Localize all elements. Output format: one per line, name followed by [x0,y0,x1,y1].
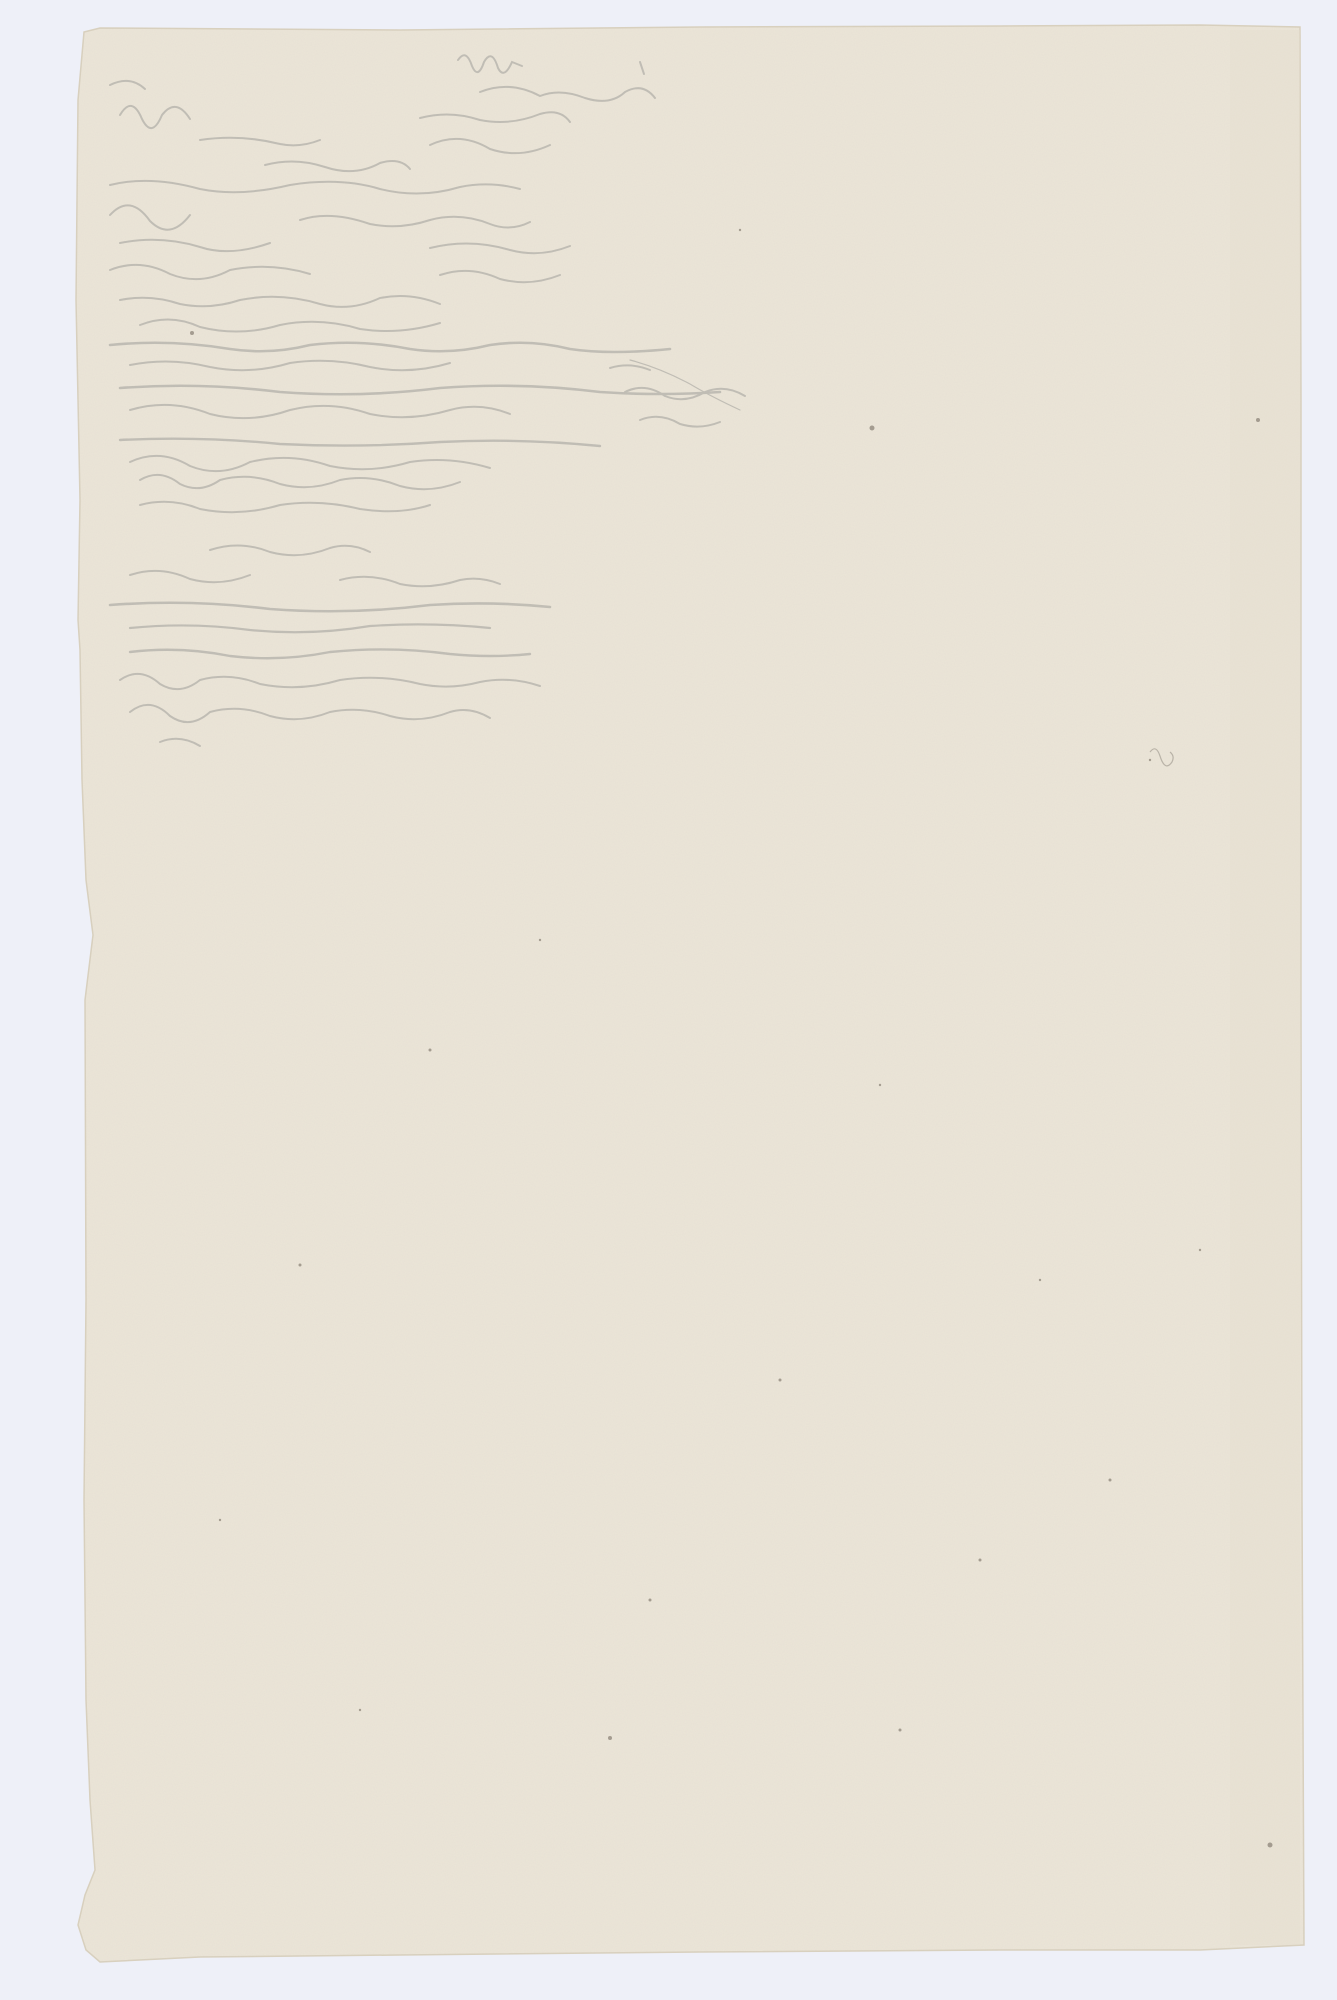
scanned-page: Blank reverse side of handwritten manusc… [0,0,1337,2000]
ink-bleed-through [0,0,1337,2000]
